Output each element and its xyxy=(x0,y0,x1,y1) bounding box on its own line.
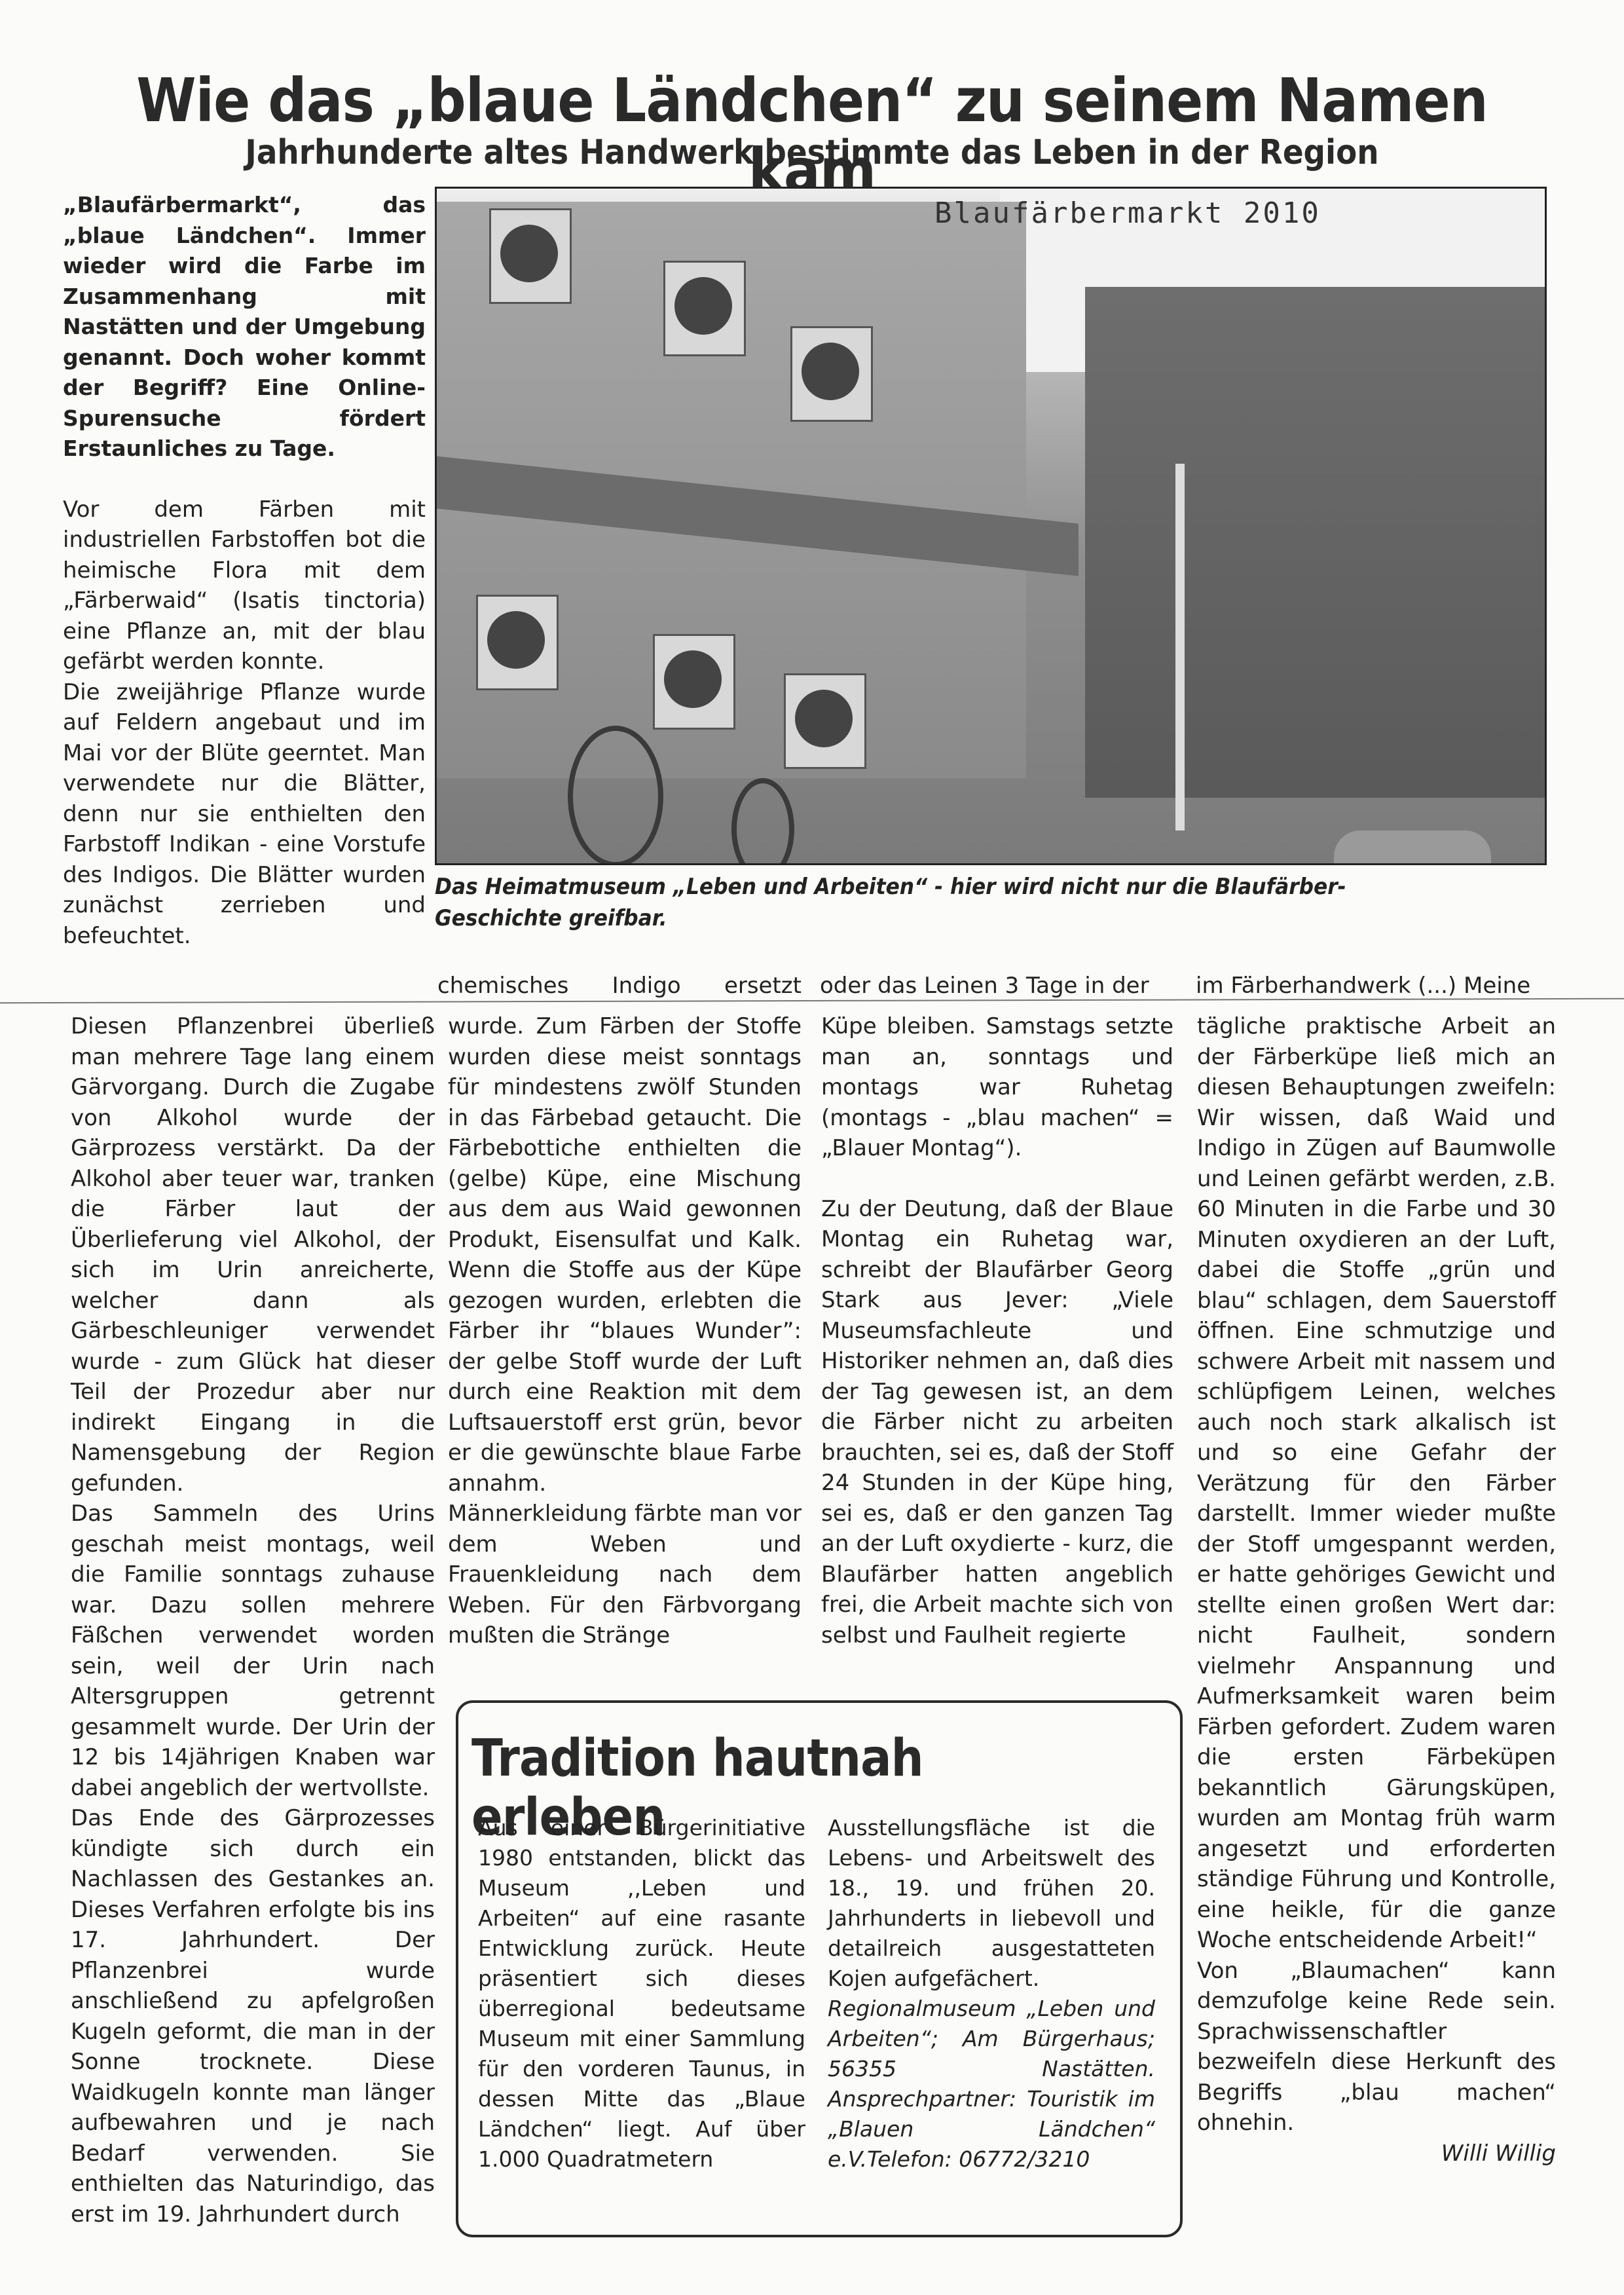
photo-caption: Das Heimatmuseum „Leben und Arbeiten“ - … xyxy=(435,871,1459,934)
emblem-icon xyxy=(784,673,866,769)
paragraph: Diesen Pflanzenbrei überließ man mehrere… xyxy=(71,1011,435,1499)
wagon-wheel-icon xyxy=(568,726,663,865)
paragraph: Küpe bleiben. Samstags setzte man an, so… xyxy=(821,1011,1173,1164)
paragraph: Zu der Deutung, daß der Blaue Montag ein… xyxy=(821,1194,1173,1651)
museum-address: Regionalmuseum „Leben und Arbeiten“; Am … xyxy=(828,1994,1155,2174)
column-1-top: „Blaufärbermarkt“, das „blaue Ländchen“.… xyxy=(63,190,426,951)
subheadline: Jahrhunderte altes Handwerk bestimmte da… xyxy=(81,133,1543,172)
paragraph: Von „Blaumachen“ kann demzufolge keine R… xyxy=(1197,1956,1556,2138)
paragraph: Das Sammeln des Urins geschah meist mont… xyxy=(71,1499,435,1803)
paragraph: Vor dem Färben mit industriellen Farbsto… xyxy=(63,494,426,677)
paragraph: Männerkleidung färbte man vor dem Weben … xyxy=(448,1499,802,1651)
wagon-wheel-icon xyxy=(731,778,794,865)
paragraph: Das Ende des Gärprozesses kündigte sich … xyxy=(71,1803,435,2230)
paragraph: Aus einer Bürgerinitiative 1980 entstand… xyxy=(478,1813,805,2174)
museum-photo: Blaufärbermarkt 2010 xyxy=(435,187,1547,865)
box-column-right: Ausstellungsfläche ist die Lebens- und A… xyxy=(828,1813,1155,2174)
sidebar-box: Tradition hautnah erleben Aus einer Bürg… xyxy=(456,1700,1183,2237)
paragraph: wurde. Zum Färben der Stoffe wurden dies… xyxy=(448,1011,802,1499)
column-3: Küpe bleiben. Samstags setzte man an, so… xyxy=(821,1011,1173,1651)
lead-paragraph: „Blaufärbermarkt“, das „blaue Ländchen“.… xyxy=(63,190,426,464)
paragraph: Die zweijährige Pflanze wurde auf Felder… xyxy=(63,677,426,952)
line: chemisches Indigo ersetzt xyxy=(437,971,802,1001)
column-4-first-line: im Färberhandwerk (...) Meine xyxy=(1196,971,1562,1001)
paragraph: tägliche praktische Arbeit an der Färber… xyxy=(1197,1011,1556,1956)
car xyxy=(1334,830,1491,865)
photo-stamp: Blaufärbermarkt 2010 xyxy=(934,196,1321,230)
street-lamp xyxy=(1175,464,1185,830)
emblem-icon xyxy=(790,326,873,422)
column-1-bottom: Diesen Pflanzenbrei überließ man mehrere… xyxy=(71,1011,435,2230)
emblem-icon xyxy=(663,261,746,356)
line: im Färberhandwerk (...) Meine xyxy=(1196,971,1562,1001)
column-4: tägliche praktische Arbeit an der Färber… xyxy=(1197,1011,1556,2169)
column-2: wurde. Zum Färben der Stoffe wurden dies… xyxy=(448,1011,802,1651)
column-2-first-line: chemisches Indigo ersetzt xyxy=(437,971,802,1001)
paragraph: Ausstellungsfläche ist die Lebens- und A… xyxy=(828,1813,1155,1994)
byline: Willi Willig xyxy=(1197,2138,1556,2169)
line: oder das Leinen 3 Tage in der xyxy=(820,971,1181,1001)
emblem-icon xyxy=(653,634,735,730)
emblem-icon xyxy=(476,595,559,690)
box-column-left: Aus einer Bürgerinitiative 1980 entstand… xyxy=(478,1813,805,2174)
emblem-icon xyxy=(489,208,572,304)
column-3-first-line: oder das Leinen 3 Tage in der xyxy=(820,971,1181,1001)
